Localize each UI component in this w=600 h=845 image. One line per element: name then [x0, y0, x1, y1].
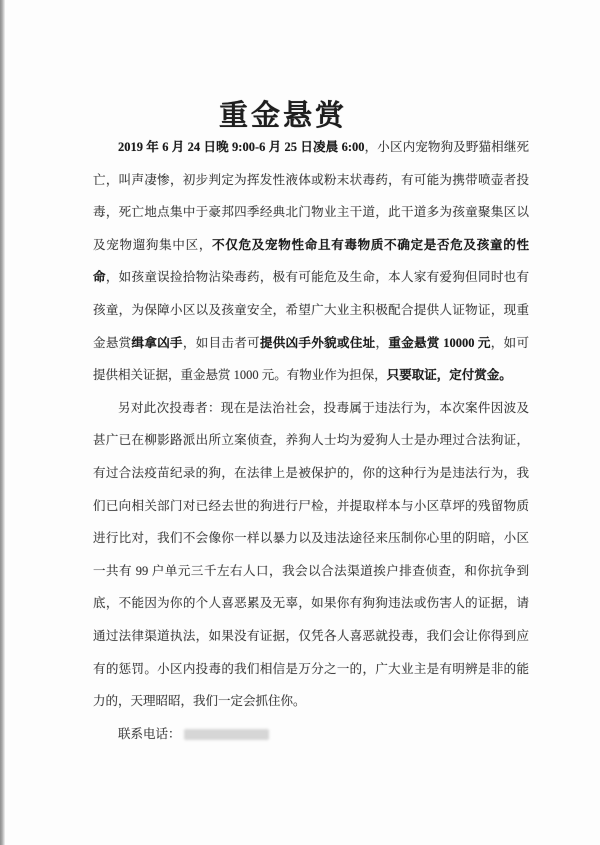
paragraph: 2019 年 6 月 24 日晚 9:00-6 月 25 日凌晨 6:00，小区…: [93, 131, 529, 392]
bold-text-segment: 提供凶手外貌或住址: [260, 336, 376, 350]
page-title: 重金悬赏: [65, 93, 501, 134]
paragraph: 另对此次投毒者：现在是法治社会，投毒属于违法行为，本次案件因波及甚广已在柳影路派…: [93, 392, 529, 718]
scanned-notice-page: 重金悬赏 2019 年 6 月 24 日晚 9:00-6 月 25 日凌晨 6:…: [0, 0, 600, 845]
text-segment: ，如目击者可: [183, 336, 260, 350]
text-segment: ，小区内宠物狗及野猫相继死亡，叫声凄惨，初步判定为挥发性液体或粉末状毒药，有可能…: [93, 140, 529, 252]
text-segment: ，: [376, 336, 389, 350]
text-segment: 另对此次投毒者：现在是法治社会，投毒属于违法行为，本次案件因波及甚广已在柳影路派…: [93, 401, 529, 708]
bold-text-segment: 只要取证，定付赏金。: [387, 368, 512, 382]
bold-text-segment: 缉拿凶手: [132, 336, 183, 350]
text-segment: 联系电话：: [118, 727, 181, 741]
photo-scan-edge: [0, 0, 5, 845]
redacted-phone-number: [184, 729, 269, 740]
document-body: 2019 年 6 月 24 日晚 9:00-6 月 25 日凌晨 6:00，小区…: [93, 131, 529, 750]
bold-text-segment: 重金悬赏 10000 元: [388, 336, 490, 350]
bold-text-segment: 2019 年 6 月 24 日晚 9:00-6 月 25 日凌晨 6:00: [118, 140, 365, 154]
paragraph: 联系电话：: [93, 718, 529, 751]
